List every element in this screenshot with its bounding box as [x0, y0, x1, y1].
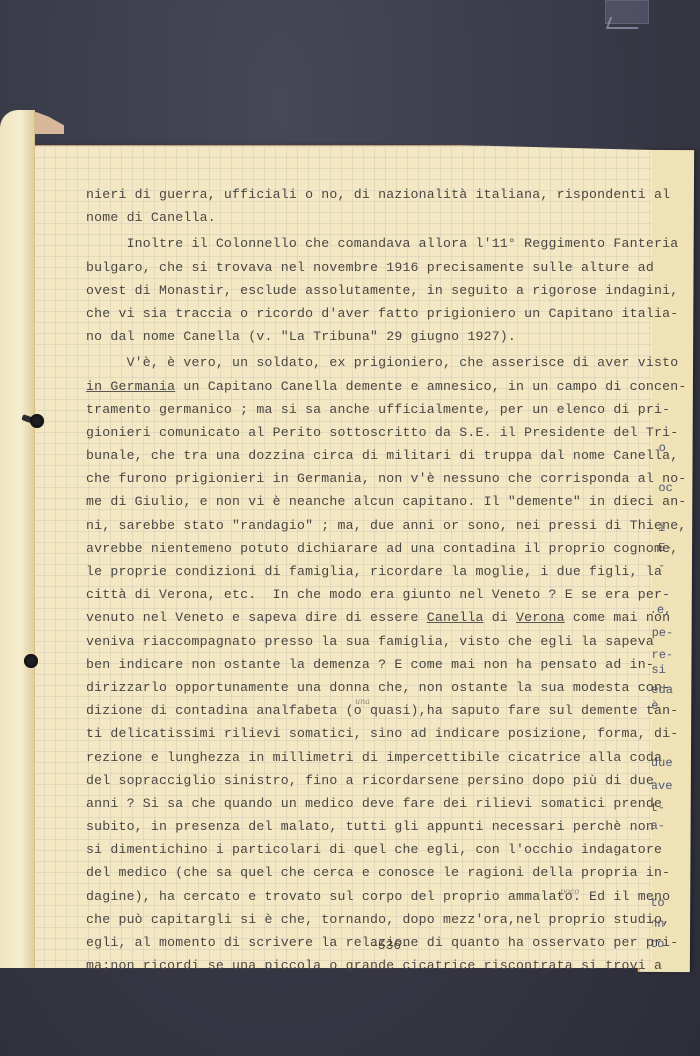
text-line: gionieri comunicato al Perito sottoscrit…: [86, 421, 646, 444]
text-fragment: un Capitano Canella demente e amnesico, …: [175, 379, 686, 394]
text-line: che vi sia traccia o ricordo d'aver fatt…: [86, 302, 646, 325]
text-line: no dal nome Canella (v. "La Tribuna" 29 …: [86, 325, 646, 348]
text-line: città di Verona, etc. In che modo era gi…: [86, 583, 646, 606]
page-number: -536-: [370, 938, 409, 953]
text-line: anni ? Si sa che quando un medico deve f…: [86, 792, 646, 815]
text-line: dirizzarlo opportunamente una donna che,…: [86, 676, 646, 699]
text-line: ti delicatissimi rilievi somatici, sino …: [86, 722, 646, 745]
text-line: bunale, che tra una dozzina circa di mil…: [86, 444, 646, 467]
text-line: in Germania un Capitano Canella demente …: [86, 375, 646, 398]
text-fragment: di: [484, 610, 516, 625]
text-line: tramento germanico ; ma si sa anche uffi…: [86, 398, 646, 421]
text-line: venuto nel Veneto e sapeva dire di esser…: [86, 606, 646, 629]
archive-stamp: [605, 0, 649, 24]
text-line: avrebbe nientemeno potuto dichiarare ad …: [86, 537, 646, 560]
text-line: ni, sarebbe stato "randagio" ; ma, due a…: [86, 514, 646, 537]
text-line: si dimentichino i particolari di quel ch…: [86, 838, 646, 861]
punch-hole: [30, 414, 44, 428]
typed-body: nieri di guerra, ufficiali o no, di nazi…: [86, 183, 646, 977]
punch-hole: [24, 654, 38, 668]
text-line: del medico (che sa quel che cerca e cono…: [86, 861, 646, 884]
text-line: che furono prigionieri in Germania, non …: [86, 467, 646, 490]
sheet-fragment: re-: [651, 647, 673, 663]
binding-curl: [0, 110, 35, 968]
text-line: me di Giulio, e non vi è neanche alcun c…: [86, 490, 646, 513]
sheet-fragment: pe-: [652, 625, 674, 641]
text-line: ben indicare non ostante la demenza ? E …: [86, 653, 646, 676]
handwritten-annotation: una: [355, 697, 370, 706]
text-line: bulgaro, che si trovava nel novembre 191…: [86, 256, 646, 279]
text-line: egli, al momento di scrivere la relazion…: [86, 931, 646, 954]
text-line: veniva riaccompagnato presso la sua fami…: [86, 630, 646, 653]
text-line: nome di Canella.: [86, 206, 646, 229]
text-line: le proprie condizioni di famiglia, ricor…: [86, 560, 646, 583]
text-line: ma;non ricordi se una piccola o grande c…: [86, 954, 646, 977]
text-fragment: come mai non: [565, 610, 670, 625]
underlined-term: in Germania: [86, 379, 175, 394]
text-fragment: venuto nel Veneto e sapeva dire di esser…: [86, 610, 427, 625]
text-line: V'è, è vero, un soldato, ex prigioniero,…: [86, 351, 646, 374]
handwritten-annotation: poco: [560, 887, 579, 896]
text-line: ovest di Monastir, esclude assolutamente…: [86, 279, 646, 302]
text-line: che può capitargli si è che, tornando, d…: [86, 908, 646, 931]
text-line: del sopracciglio sinistro, fino a ricord…: [86, 769, 646, 792]
text-line: Inoltre il Colonnello che comandava allo…: [86, 232, 646, 255]
underlined-term: Verona: [516, 610, 565, 625]
underlined-term: Canella: [427, 610, 484, 625]
text-line: rezione e lunghezza in millimetri di imp…: [86, 746, 646, 769]
sheet-fragment: ave: [651, 778, 673, 794]
text-line: subito, in presenza del malato, tutti gl…: [86, 815, 646, 838]
text-line: nieri di guerra, ufficiali o no, di nazi…: [86, 183, 646, 206]
